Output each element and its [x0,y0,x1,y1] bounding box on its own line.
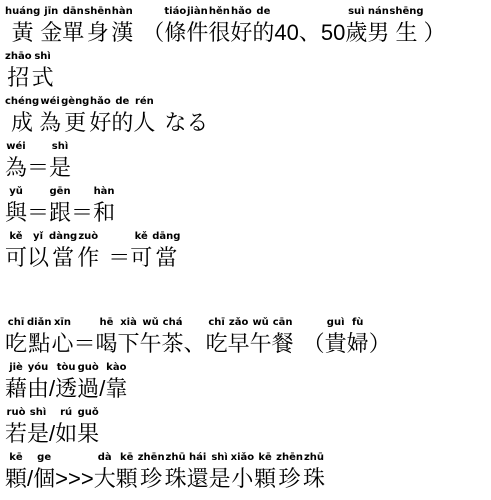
ruby-token: guì貴 [325,317,347,359]
hanzi-text: 顆 [5,464,27,494]
hanzi-text: 男 [367,18,389,48]
hanzi-text: 還 [187,464,209,494]
ruby-token: 、 [184,317,206,359]
pinyin-annotation: tòu [57,362,76,374]
hanzi-text: 顆 [116,464,138,494]
pinyin-annotation: jiàn [187,6,208,18]
pinyin-annotation: zhēn [138,452,165,464]
hanzi-text: 招 [7,63,29,93]
pinyin-annotation: suì [348,6,365,18]
ruby-token: ＝ [27,186,49,228]
ruby-token: rén人 [133,96,155,138]
pinyin-annotation: yóu [28,362,49,374]
ruby-token: yǔ與 [5,186,27,228]
ruby-token: yóu由 [27,362,49,404]
ruby-token: dà大 [94,452,116,494]
hanzi-text: ＝ [71,198,93,228]
ruby-token: guǒ果 [77,407,99,449]
hanzi-text: 若 [5,419,27,449]
text-line: chī吃diǎn點xīn心＝hē喝xià下wǔ午chá茶、chī吃zǎo早wǔ午… [5,317,489,359]
hanzi-text: 和 [93,198,115,228]
pinyin-annotation: wǔ [252,317,268,329]
hanzi-text: 、 [184,329,206,359]
pinyin-annotation: xià [120,317,137,329]
ruby-token: jiè藉 [5,362,27,404]
pinyin-annotation: hàn [112,6,133,18]
pinyin-annotation: shì [30,407,47,419]
ruby-token: dàng當 [49,231,77,273]
hanzi-text: 的 [252,18,274,48]
hanzi-text: 黃 [12,18,34,48]
pinyin-annotation: jīn [44,6,58,18]
pinyin-annotation: wéi [6,141,25,153]
ruby-token: shì是 [49,141,71,183]
pinyin-annotation: huáng [5,6,40,18]
hanzi-text: 是 [27,419,49,449]
hanzi-text: ＝ [27,153,49,183]
hanzi-text: 當 [52,243,74,273]
hanzi-text: 喝 [96,329,118,359]
pinyin-annotation: rén [135,96,154,108]
pinyin-annotation: chī [8,317,24,329]
ruby-token: hē喝 [96,317,118,359]
pinyin-annotation: ruò [7,407,26,419]
pinyin-annotation: wéi [40,96,59,108]
pinyin-annotation: rú [60,407,72,419]
ruby-token: hǎo好 [89,96,111,138]
hanzi-text: ） [424,18,446,48]
hanzi-text: 早 [228,329,250,359]
ruby-token: ＝ [71,186,93,228]
hanzi-text: 午 [250,329,272,359]
text-line: ruò若shì是/rú如guǒ果 [5,407,489,449]
hanzi-text: 下 [118,329,140,359]
ruby-token: huáng黃 [5,6,40,48]
pinyin-annotation: dān [63,6,84,18]
text-line: jiè藉yóu由/tòu透guò過/kào靠 [5,362,489,404]
pinyin-annotation: kào [106,362,126,374]
ruby-token: hàn漢 [111,6,133,48]
pinyin-annotation: shēn [84,6,111,18]
ruby-token: shēn身 [84,6,111,48]
ruby-token: ruò若 [5,407,27,449]
hanzi-text: 40、50 [274,18,345,48]
ruby-token: >>> [55,452,94,494]
hanzi-text: 婦 [347,329,369,359]
ruby-token: ） [424,6,446,48]
pinyin-annotation: zhēn [276,452,303,464]
ruby-token: chī吃 [206,317,228,359]
ruby-token: zǎo早 [228,317,250,359]
ruby-token: zhāo招 [5,51,32,93]
ruby-token: ＝ [108,231,130,273]
pinyin-annotation: hàn [94,186,115,198]
hanzi-text: 過 [77,374,99,404]
hanzi-text: 漢 [111,18,133,48]
pinyin-annotation: de [256,6,270,18]
pinyin-annotation: zuò [78,231,98,243]
hanzi-text: 吃 [206,329,228,359]
pinyin-annotation: diǎn [27,317,51,329]
hanzi-text: 條 [164,18,186,48]
ruby-token: kē顆 [116,452,138,494]
ruby-token: 40、50 [274,6,345,48]
ruby-token: wǔ午 [140,317,162,359]
hanzi-text: 如 [55,419,77,449]
hanzi-text: 作 [77,243,99,273]
text-line: kě可yǐ以dàng當zuò作＝kě可dāng當 [5,231,489,273]
ruby-token: tòu透 [55,362,77,404]
pinyin-annotation: dāng [152,231,180,243]
ruby-token: chī吃 [5,317,27,359]
hanzi-text: 好 [230,18,252,48]
hanzi-text: 為 [39,108,61,138]
pinyin-annotation: hěn [209,6,230,18]
pinyin-annotation: wǔ [142,317,158,329]
ruby-token: chéng成 [5,96,39,138]
ruby-token: なる [164,96,208,138]
ruby-token: shēng生 [389,6,423,48]
pinyin-annotation: chéng [5,96,39,108]
ruby-token: wéi為 [39,96,61,138]
hanzi-text: 心 [51,329,73,359]
ruby-token: zhū珠 [303,452,325,494]
hanzi-text: 的 [111,108,133,138]
hanzi-text: 好 [89,108,111,138]
hanzi-text: >>> [55,464,94,494]
pinyin-annotation: dàng [49,231,77,243]
hanzi-text: ＝ [73,329,95,359]
ruby-token: fù婦 [347,317,369,359]
pinyin-annotation: shì [211,452,228,464]
ruby-token: zuò作 [77,231,99,273]
ruby-token: dāng當 [152,231,180,273]
hanzi-text: 是 [49,153,71,183]
hanzi-text: 身 [87,18,109,48]
ruby-token: de的 [252,6,274,48]
hanzi-text: 大 [94,464,116,494]
pinyin-annotation: gèng [61,96,89,108]
hanzi-text: 金 [40,18,62,48]
pinyin-annotation: zhāo [5,51,32,63]
pinyin-annotation: kě [135,231,148,243]
ruby-token: zhēn珍 [138,452,165,494]
hanzi-text: ＝ [27,198,49,228]
pinyin-annotation: zǎo [229,317,248,329]
ruby-token: dān單 [62,6,84,48]
text-line: zhāo招shì式 [5,51,489,93]
pinyin-annotation: hǎo [90,96,111,108]
pinyin-annotation: zhū [166,452,186,464]
ruby-token: kē顆 [254,452,276,494]
ruby-token: de的 [111,96,133,138]
hanzi-text: 果 [77,419,99,449]
pinyin-annotation: shēng [389,6,423,18]
pinyin-annotation: hái [189,452,206,464]
hanzi-text: 可 [5,243,27,273]
hanzi-text: 靠 [105,374,127,404]
hanzi-text: 顆 [254,464,276,494]
hanzi-text: ） [369,329,391,359]
pinyin-annotation: xiǎo [231,452,255,464]
hanzi-text: 人 [133,108,155,138]
hanzi-text: （ [303,329,325,359]
hanzi-text: 餐 [272,329,294,359]
ruby-token: wéi為 [5,141,27,183]
hanzi-text: 個 [33,464,55,494]
ruby-token: hǎo好 [230,6,252,48]
document-body: huáng黃jīn金dān單shēn身hàn漢（tiáo條jiàn件hěn很hǎ… [0,0,491,494]
pinyin-annotation: cān [273,317,293,329]
hanzi-text: 吃 [5,329,27,359]
pinyin-annotation: guì [327,317,345,329]
pinyin-annotation: nán [368,6,389,18]
pinyin-annotation: jiè [9,362,23,374]
pinyin-annotation: shì [52,141,69,153]
hanzi-text: 由 [27,374,49,404]
pinyin-annotation: chī [208,317,224,329]
pinyin-annotation: de [115,96,129,108]
ruby-token: hàn和 [93,186,115,228]
hanzi-text: 小 [231,464,253,494]
hanzi-text: 生 [395,18,417,48]
hanzi-text: 可 [130,243,152,273]
pinyin-annotation: kē [120,452,133,464]
ruby-token: yǐ以 [27,231,49,273]
text-line: wéi為＝shì是 [5,141,489,183]
ruby-token: diǎn點 [27,317,51,359]
pinyin-annotation: tiáo [164,6,186,18]
ruby-token: hěn很 [208,6,230,48]
hanzi-text: なる [164,108,208,138]
ruby-token: nán男 [367,6,389,48]
hanzi-text: 成 [11,108,33,138]
pinyin-annotation: kě [9,231,22,243]
ruby-token: kào靠 [105,362,127,404]
text-line: kē顆/ge個>>>dà大kē顆zhēn珍zhū珠hái還shì是xiǎo小kē… [5,452,489,494]
ruby-token: ge個 [33,452,55,494]
hanzi-text: ＝ [108,243,130,273]
ruby-token: kě可 [130,231,152,273]
pinyin-annotation: yǔ [9,186,23,198]
pinyin-annotation: fù [352,317,363,329]
ruby-token: （ [142,6,164,48]
hanzi-text: （ [142,18,164,48]
ruby-token: jiàn件 [186,6,208,48]
text-line: chéng成wéi為gèng更hǎo好de的rén人なる [5,96,489,138]
hanzi-text: 跟 [49,198,71,228]
ruby-token: rú如 [55,407,77,449]
pinyin-annotation: dà [98,452,112,464]
ruby-token: zhū珠 [165,452,187,494]
ruby-token: guò過 [77,362,99,404]
ruby-token: gèng更 [61,96,89,138]
ruby-token: xià下 [118,317,140,359]
ruby-token: chá茶 [162,317,184,359]
hanzi-text: 午 [140,329,162,359]
pinyin-annotation: hē [100,317,114,329]
ruby-token: ＝ [27,141,49,183]
pinyin-annotation: hǎo [231,6,252,18]
hanzi-text: 透 [55,374,77,404]
hanzi-text: 歲 [345,18,367,48]
ruby-token: shì是 [27,407,49,449]
hanzi-text: 藉 [5,374,27,404]
hanzi-text: 單 [62,18,84,48]
ruby-token: （ [303,317,325,359]
pinyin-annotation: guǒ [78,407,99,419]
hanzi-text: 貴 [325,329,347,359]
ruby-token: tiáo條 [164,6,186,48]
hanzi-text: 為 [5,153,27,183]
hanzi-text: 珠 [165,464,187,494]
ruby-token: xīn心 [51,317,73,359]
ruby-token: ） [369,317,391,359]
hanzi-text: 珠 [303,464,325,494]
ruby-token: kē顆 [5,452,27,494]
ruby-token: jīn金 [40,6,62,48]
pinyin-annotation: kē [258,452,271,464]
hanzi-text: 更 [64,108,86,138]
ruby-token: ＝ [73,317,95,359]
ruby-token: xiǎo小 [231,452,255,494]
pinyin-annotation: zhū [304,452,324,464]
pinyin-annotation: xīn [54,317,71,329]
hanzi-text: 以 [27,243,49,273]
pinyin-annotation: kē [9,452,22,464]
pinyin-annotation: yǐ [33,231,43,243]
ruby-token: suì歲 [345,6,367,48]
hanzi-text: 珍 [140,464,162,494]
hanzi-text: 件 [186,18,208,48]
hanzi-text: 與 [5,198,27,228]
pinyin-annotation: guò [78,362,99,374]
text-line: huáng黃jīn金dān單shēn身hàn漢（tiáo條jiàn件hěn很hǎ… [5,6,489,48]
hanzi-text: 當 [155,243,177,273]
ruby-token: hái還 [187,452,209,494]
ruby-token: zhēn珍 [276,452,303,494]
pinyin-annotation: shì [34,51,51,63]
pinyin-annotation: chá [163,317,183,329]
ruby-token: shì式 [32,51,54,93]
ruby-token: cān餐 [272,317,294,359]
ruby-token: kě可 [5,231,27,273]
ruby-token: gēn跟 [49,186,71,228]
pinyin-annotation: ge [37,452,51,464]
ruby-token: shì是 [209,452,231,494]
text-line: yǔ與＝gēn跟＝hàn和 [5,186,489,228]
pinyin-annotation: gēn [50,186,71,198]
ruby-token: wǔ午 [250,317,272,359]
hanzi-text: 式 [32,63,54,93]
hanzi-text: 珍 [279,464,301,494]
hanzi-text: 茶 [162,329,184,359]
hanzi-text: 點 [28,329,50,359]
hanzi-text: 是 [209,464,231,494]
hanzi-text: 很 [208,18,230,48]
